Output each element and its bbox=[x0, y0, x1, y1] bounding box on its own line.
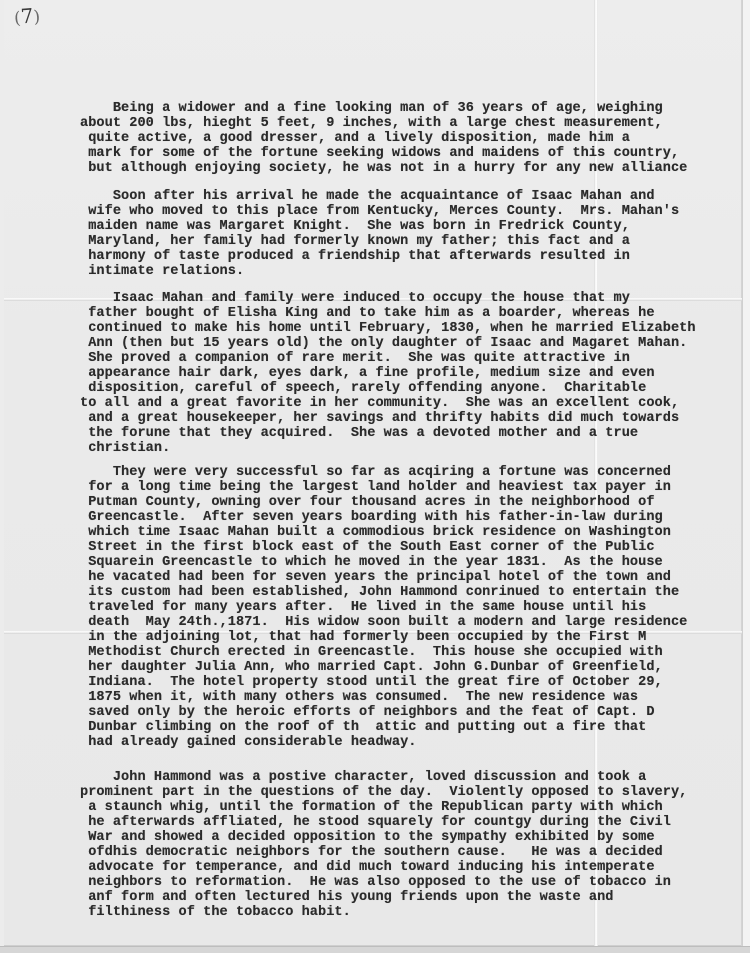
text-line: John Hammond was a postive character, lo… bbox=[80, 770, 646, 785]
text-line: Ann (then but 15 years old) the only dau… bbox=[80, 336, 687, 351]
text-line: prominent part in the questions of the d… bbox=[80, 785, 687, 800]
text-line: traveled for many years after. He lived … bbox=[80, 600, 646, 615]
text-line: and a great housekeeper, her savings and… bbox=[80, 411, 679, 426]
text-line: Squarein Greencastle to which he moved i… bbox=[80, 555, 663, 570]
text-line: but although enjoying society, he was no… bbox=[80, 161, 687, 176]
text-line: had already gained considerable headway. bbox=[80, 735, 417, 750]
text-line: intimate relations. bbox=[80, 264, 244, 279]
text-line: mark for some of the fortune seeking wid… bbox=[80, 146, 679, 161]
text-line: disposition, careful of speech, rarely o… bbox=[80, 381, 646, 396]
text-line: in the adjoining lot, that had formerly … bbox=[80, 630, 646, 645]
text-line: about 200 lbs, hieght 5 feet, 9 inches, … bbox=[80, 116, 663, 131]
text-line: Being a widower and a fine looking man o… bbox=[80, 101, 663, 116]
text-line: filthiness of the tobacco habit. bbox=[80, 905, 351, 920]
text-line: ofdhis democratic neighbors for the sout… bbox=[80, 845, 663, 860]
text-line: neighbors to reformation. He was also op… bbox=[80, 875, 671, 890]
text-line: anf form and often lectured his young fr… bbox=[80, 890, 614, 905]
text-line: continued to make his home until Februar… bbox=[80, 321, 696, 336]
text-line: She proved a companion of rare merit. Sh… bbox=[80, 351, 630, 366]
text-line: its custom had been established, John Ha… bbox=[80, 585, 679, 600]
scan-bottom-border bbox=[0, 946, 750, 953]
text-line: he vacated had been for seven years the … bbox=[80, 570, 671, 585]
text-line: saved only by the heroic efforts of neig… bbox=[80, 705, 655, 720]
text-line: father bought of Elisha King and to take… bbox=[80, 306, 655, 321]
text-line: her daughter Julia Ann, who married Capt… bbox=[80, 660, 663, 675]
text-line: quite active, a good dresser, and a live… bbox=[80, 131, 630, 146]
text-line: Dunbar climbing on the roof of th attic … bbox=[80, 720, 646, 735]
text-line: advocate for temperance, and did much to… bbox=[80, 860, 655, 875]
text-line: death May 24th.,1871. His widow soon bui… bbox=[80, 615, 687, 630]
text-line: Soon after his arrival he made the acqua… bbox=[80, 189, 655, 204]
text-line: Greencastle. After seven years boarding … bbox=[80, 510, 663, 525]
paper-right-edge bbox=[742, 0, 750, 946]
text-line: a staunch whig, until the formation of t… bbox=[80, 800, 663, 815]
text-line: harmony of taste produced a friendship t… bbox=[80, 249, 630, 264]
text-line: christian. bbox=[80, 441, 170, 456]
text-line: Methodist Church erected in Greencastle.… bbox=[80, 645, 663, 660]
text-line: he afterwards affliated, he stood square… bbox=[80, 815, 671, 830]
text-line: War and showed a decided opposition to t… bbox=[80, 830, 655, 845]
text-line: Isaac Mahan and family were induced to o… bbox=[80, 291, 630, 306]
text-line: for a long time being the largest land h… bbox=[80, 480, 671, 495]
text-line: which time Isaac Mahan built a commodiou… bbox=[80, 525, 671, 540]
handwritten-page-number: (7) bbox=[13, 3, 41, 29]
text-line: maiden name was Margaret Knight. She was… bbox=[80, 219, 630, 234]
text-line: Maryland, her family had formerly known … bbox=[80, 234, 630, 249]
text-line: wife who moved to this place from Kentuc… bbox=[80, 204, 679, 219]
text-line: to all and a great favorite in her commu… bbox=[80, 396, 679, 411]
scanned-page-background: (7) Being a widower and a fine looking m… bbox=[0, 0, 750, 953]
text-line: Indiana. The hotel property stood until … bbox=[80, 675, 663, 690]
text-line: Street in the first block east of the So… bbox=[80, 540, 655, 555]
text-line: 1875 when it, with many others was consu… bbox=[80, 690, 638, 705]
text-line: the forune that they acquired. She was a… bbox=[80, 426, 638, 441]
text-line: They were very successful so far as acqi… bbox=[80, 465, 671, 480]
text-line: appearance hair dark, eyes dark, a fine … bbox=[80, 366, 655, 381]
text-line: Putman County, owning over four thousand… bbox=[80, 495, 655, 510]
